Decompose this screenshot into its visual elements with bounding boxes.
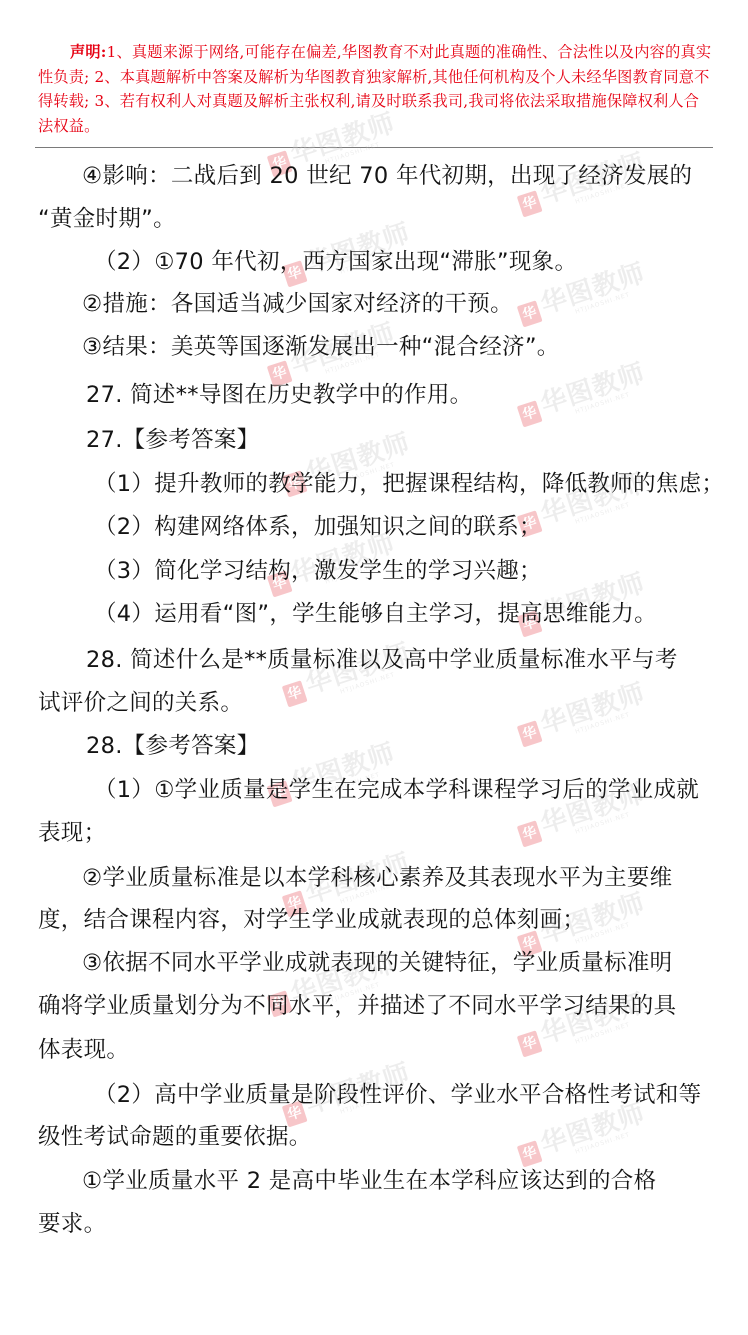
text-line: （2）高中学业质量是阶段性评价、学业水平合格性考试和等 xyxy=(94,1080,701,1110)
watermark-subtext: HTJIAOSHI.NET xyxy=(575,386,651,416)
brand-logo-icon: 华 xyxy=(282,680,308,707)
brand-logo-icon: 华 xyxy=(517,820,543,847)
answer-28-heading: 28.【参考答案】 xyxy=(86,731,259,761)
text-line: 体表现。 xyxy=(38,1035,129,1065)
watermark-subtext: HTJIAOSHI.NET xyxy=(575,806,651,836)
text-line: 表现； xyxy=(38,818,106,848)
text-line: （3）简化学习结构，激发学生的学习兴趣； xyxy=(94,556,542,586)
brand-logo-icon: 华 xyxy=(517,300,543,327)
text-line: ①学业质量水平 2 是高中毕业生在本学科应该达到的合格 xyxy=(82,1166,656,1196)
disclaimer-lead: 声明: xyxy=(70,43,107,61)
text-line: （2）构建网络体系，加强知识之间的联系； xyxy=(94,512,542,542)
brand-logo-icon: 华 xyxy=(517,1030,543,1057)
text-line: 级性考试命题的重要依据。 xyxy=(38,1122,312,1152)
watermark-subtext: HTJIAOSHI.NET xyxy=(575,916,651,946)
question-27-title: 27. 简述**导图在历史教学中的作用。 xyxy=(86,380,472,410)
disclaimer-text: 1、真题来源于网络,可能存在偏差,华图教育不对此真题的准确性、合法性以及内容的真… xyxy=(38,43,711,135)
text-line: 要求。 xyxy=(38,1209,106,1239)
watermark-subtext: HTJIAOSHI.NET xyxy=(575,286,651,316)
text-line: 试评价之间的关系。 xyxy=(38,688,243,718)
text-line: （2）①70 年代初，西方国家出现“滞胀”现象。 xyxy=(94,247,577,277)
text-line: （1）提升教师的教学能力，把握课程结构，降低教师的焦虑； xyxy=(94,469,724,499)
text-line: ②措施：各国适当减少国家对经济的干预。 xyxy=(82,289,513,319)
text-line: （4）运用看“图”，学生能够自主学习，提高思维能力。 xyxy=(94,599,657,629)
watermark-subtext: HTJIAOSHI.NET xyxy=(575,496,651,526)
brand-logo-icon: 华 xyxy=(517,720,543,747)
watermark-text: 华图教师 xyxy=(538,680,649,738)
answer-27-heading: 27.【参考答案】 xyxy=(86,425,259,455)
text-line: ④影响：二战后到 20 世纪 70 年代初期，出现了经济发展的 xyxy=(82,161,692,191)
header-divider xyxy=(35,147,713,148)
watermark-subtext: HTJIAOSHI.NET xyxy=(575,706,651,736)
watermark-text: 华图教师 xyxy=(538,360,649,418)
watermark-subtext: HTJIAOSHI.NET xyxy=(575,1126,651,1156)
text-line: ③结果：美英等国逐渐发展出一种“混合经济”。 xyxy=(82,332,560,362)
brand-logo-icon: 华 xyxy=(517,400,543,427)
disclaimer-notice: 声明:1、真题来源于网络,可能存在偏差,华图教育不对此真题的准确性、合法性以及内… xyxy=(38,40,712,138)
watermark-logo: 华华图教师HTJIAOSHI.NET xyxy=(515,1100,651,1172)
text-line: 确将学业质量划分为不同水平，并描述了不同水平学习结果的具 xyxy=(38,991,676,1021)
text-line: ③依据不同水平学业成就表现的关键特征，学业质量标准明 xyxy=(82,948,672,978)
watermark-logo: 华华图教师HTJIAOSHI.NET xyxy=(515,680,651,752)
brand-logo-icon: 华 xyxy=(517,190,543,217)
watermark-logo: 华华图教师HTJIAOSHI.NET xyxy=(515,360,651,432)
text-line: 度，结合课程内容，对学生学业成就表现的总体刻画； xyxy=(38,905,585,935)
question-28-title: 28. 简述什么是**质量标准以及高中学业质量标准水平与考 xyxy=(86,645,678,675)
text-line: （1）①学业质量是学生在完成本学科课程学习后的学业成就 xyxy=(94,775,699,805)
brand-logo-icon: 华 xyxy=(517,1140,543,1167)
text-line: ②学业质量标准是以本学科核心素养及其表现水平为主要维 xyxy=(82,863,672,893)
text-line: “黄金时期”。 xyxy=(38,204,176,234)
